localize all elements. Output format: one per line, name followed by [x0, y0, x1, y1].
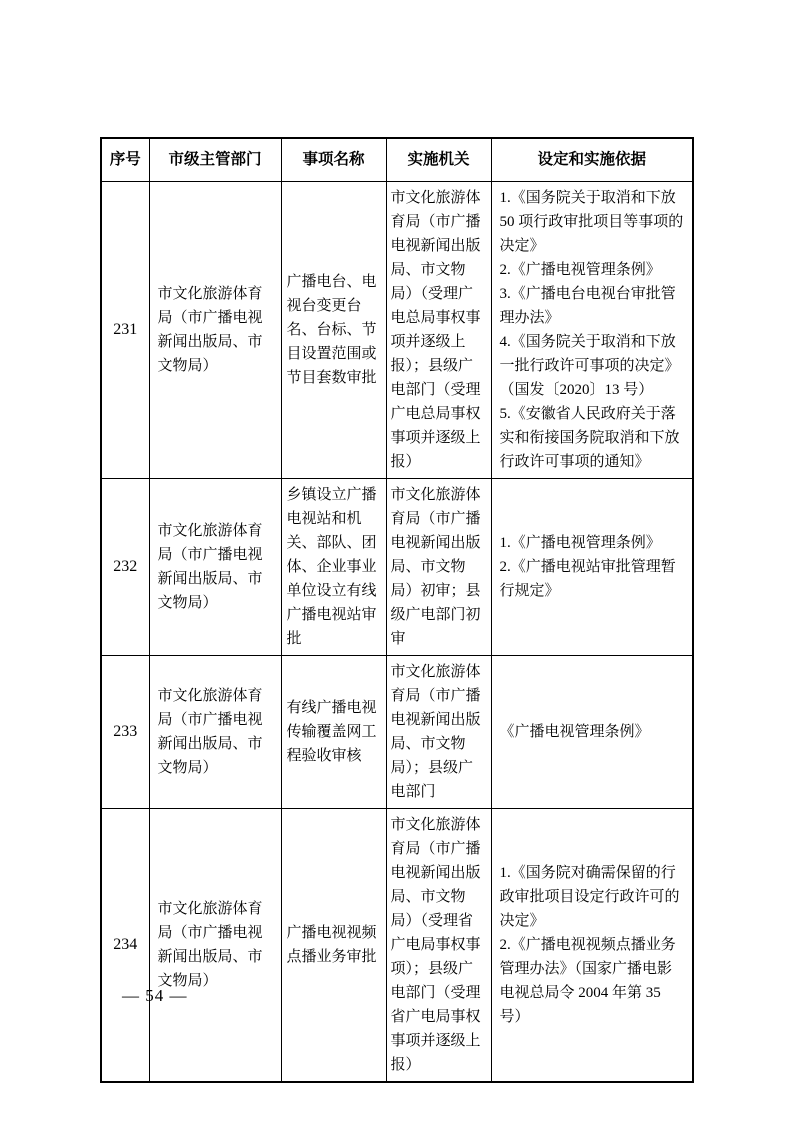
header-item-name: 事项名称	[281, 138, 386, 181]
agency-cell: 市文化旅游体育局（市广播电视新闻出版局、市文物局）（受理广电总局事权事项并逐级上…	[386, 181, 491, 478]
department-cell: 市文化旅游体育局（市广播电视新闻出版局、市文物局）	[149, 478, 281, 655]
item-name-cell: 广播电台、电视台变更台名、台标、节目设置范围或节目套数审批	[281, 181, 386, 478]
basis-cell: 《广播电视管理条例》	[491, 655, 693, 808]
page-number: — 54 —	[122, 986, 188, 1006]
department-cell: 市文化旅游体育局（市广播电视新闻出版局、市文物局）	[149, 655, 281, 808]
agency-cell: 市文化旅游体育局（市广播电视新闻出版局、市文物局）（受理省广电局事权事项）；县级…	[386, 808, 491, 1082]
seq-cell: 233	[101, 655, 149, 808]
document-page: 序号 市级主管部门 事项名称 实施机关 设定和实施依据 231 市文化旅游体育局…	[0, 0, 793, 1122]
basis-cell: 1.《国务院对确需保留的行政审批项目设定行政许可的决定》 2.《广播电视视频点播…	[491, 808, 693, 1082]
header-seq: 序号	[101, 138, 149, 181]
table-row: 234 市文化旅游体育局（市广播电视新闻出版局、市文物局） 广播电视视频点播业务…	[101, 808, 693, 1082]
table-row: 233 市文化旅游体育局（市广播电视新闻出版局、市文物局） 有线广播电视传输覆盖…	[101, 655, 693, 808]
header-agency: 实施机关	[386, 138, 491, 181]
header-department: 市级主管部门	[149, 138, 281, 181]
table-header-row: 序号 市级主管部门 事项名称 实施机关 设定和实施依据	[101, 138, 693, 181]
agency-cell: 市文化旅游体育局（市广播电视新闻出版局、市文物局）；县级广电部门	[386, 655, 491, 808]
seq-cell: 232	[101, 478, 149, 655]
seq-cell: 231	[101, 181, 149, 478]
header-basis: 设定和实施依据	[491, 138, 693, 181]
approval-items-table: 序号 市级主管部门 事项名称 实施机关 设定和实施依据 231 市文化旅游体育局…	[100, 137, 694, 1083]
agency-cell: 市文化旅游体育局（市广播电视新闻出版局、市文物局）初审；县级广电部门初审	[386, 478, 491, 655]
item-name-cell: 乡镇设立广播电视站和机关、部队、团体、企业事业单位设立有线广播电视站审批	[281, 478, 386, 655]
item-name-cell: 有线广播电视传输覆盖网工程验收审核	[281, 655, 386, 808]
basis-cell: 1.《广播电视管理条例》 2.《广播电视站审批管理暂行规定》	[491, 478, 693, 655]
seq-cell: 234	[101, 808, 149, 1082]
department-cell: 市文化旅游体育局（市广播电视新闻出版局、市文物局）	[149, 808, 281, 1082]
item-name-cell: 广播电视视频点播业务审批	[281, 808, 386, 1082]
department-cell: 市文化旅游体育局（市广播电视新闻出版局、市文物局）	[149, 181, 281, 478]
table-row: 231 市文化旅游体育局（市广播电视新闻出版局、市文物局） 广播电台、电视台变更…	[101, 181, 693, 478]
table-row: 232 市文化旅游体育局（市广播电视新闻出版局、市文物局） 乡镇设立广播电视站和…	[101, 478, 693, 655]
basis-cell: 1.《国务院关于取消和下放50 项行政审批项目等事项的决定》 2.《广播电视管理…	[491, 181, 693, 478]
